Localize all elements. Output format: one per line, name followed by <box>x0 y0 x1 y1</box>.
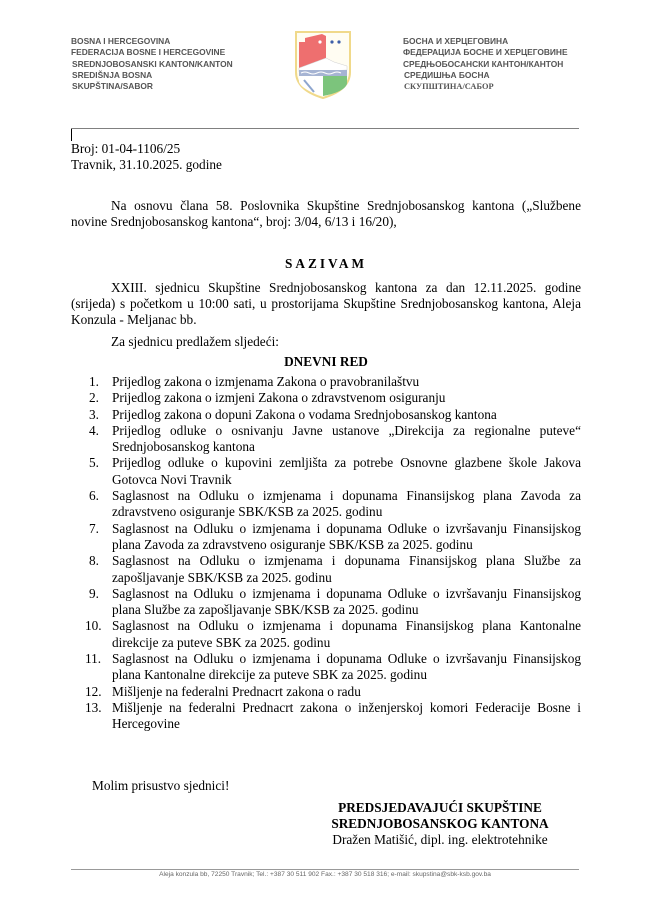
agenda-text: Saglasnost na Odluku o izmjenama i dopun… <box>112 521 581 552</box>
agenda-text: Prijedlog zakona o izmjenama Zakona o pr… <box>112 374 419 389</box>
agenda-item: 4.Prijedlog odluke o osnivanju Javne ust… <box>85 423 581 456</box>
closing-text: Molim prisustvo sjednici! <box>92 778 229 794</box>
document-number: Broj: 01-04-1106/25 <box>71 141 180 157</box>
agenda-item: 2.Prijedlog zakona o izmjeni Zakona o zd… <box>85 390 581 406</box>
agenda-item: 9.Saglasnost na Odluku o izmjenama i dop… <box>85 586 581 619</box>
agenda-text: Mišljenje na federalni Prednacrt zakona … <box>112 684 361 699</box>
agenda-number: 9. <box>89 586 99 602</box>
header-line: SREDIŠNJA BOSNA <box>71 70 233 81</box>
agenda-item: 6.Saglasnost na Odluku o izmjenama i dop… <box>85 488 581 521</box>
agenda-number: 2. <box>89 390 99 406</box>
proposal-paragraph: Za sjednicu predlažem sljedeći: <box>71 334 581 350</box>
agenda-item: 13.Mišljenje na federalni Prednacrt zako… <box>85 700 581 733</box>
agenda-item: 3.Prijedlog zakona o dopuni Zakona o vod… <box>85 407 581 423</box>
agenda-text: Prijedlog zakona o dopuni Zakona o vodam… <box>112 407 497 422</box>
agenda-number: 12. <box>85 684 102 700</box>
agenda-number: 5. <box>89 455 99 471</box>
agenda-text: Prijedlog odluke o osnivanju Javne ustan… <box>112 423 581 454</box>
agenda-item: 5.Prijedlog odluke o kupovini zemljišta … <box>85 455 581 488</box>
agenda-number: 3. <box>89 407 99 423</box>
header-line: FEDERACIJA BOSNE I HERCEGOVINE <box>71 47 233 58</box>
agenda-number: 6. <box>89 488 99 504</box>
agenda-title: DNEVNI RED <box>71 354 581 370</box>
legal-basis-paragraph: Na osnovu člana 58. Poslovnika Skupštine… <box>71 198 581 230</box>
coat-of-arms-icon <box>292 28 354 100</box>
agenda-item: 8.Saglasnost na Odluku o izmjenama i dop… <box>85 553 581 586</box>
header-line: СРЕДИШЊА БОСНА <box>403 70 568 81</box>
agenda-text: Mišljenje na federalni Prednacrt zakona … <box>112 700 581 731</box>
agenda-number: 7. <box>89 521 99 537</box>
agenda-item: 11.Saglasnost na Odluku o izmjenama i do… <box>85 651 581 684</box>
signature-block: PREDSJEDAVAJUĆI SKUPŠTINE SREDNJOBOSANSK… <box>305 800 575 849</box>
agenda-number: 4. <box>89 423 99 439</box>
text-cursor <box>71 129 72 141</box>
header-line: BOSNA I HERCEGOVINA <box>71 36 233 47</box>
header-left-latin: BOSNA I HERCEGOVINA FEDERACIJA BOSNE I H… <box>71 36 233 92</box>
agenda-item: 12.Mišljenje na federalni Prednacrt zako… <box>85 684 581 700</box>
document-date: Travnik, 31.10.2025. godine <box>71 157 222 173</box>
agenda-item: 10.Saglasnost na Odluku o izmjenama i do… <box>85 618 581 651</box>
header-line: СРЕДЊОБОСАНСКИ КАНТОН/КАНТОН <box>403 59 568 70</box>
header-divider <box>71 128 579 129</box>
agenda-number: 1. <box>89 374 99 390</box>
agenda-text: Saglasnost na Odluku o izmjenama i dopun… <box>112 651 581 682</box>
header-line: СКУПШТИНА/САБОР <box>403 81 568 92</box>
footer-contact: Aleja konzula bb, 72250 Travnik; Tel.: +… <box>71 871 579 878</box>
agenda-text: Saglasnost na Odluku o izmjenama i dopun… <box>112 618 581 649</box>
agenda-text: Saglasnost na Odluku o izmjenama i dopun… <box>112 586 581 617</box>
agenda-text: Prijedlog odluke o kupovini zemljišta za… <box>112 455 581 486</box>
agenda-text: Prijedlog zakona o izmjeni Zakona o zdra… <box>112 390 445 405</box>
agenda-number: 13. <box>85 700 102 716</box>
signature-name: Dražen Matišić, dipl. ing. elektrotehnik… <box>305 832 575 848</box>
footer-divider <box>71 869 579 870</box>
agenda-list: 1.Prijedlog zakona o izmjenama Zakona o … <box>85 374 581 733</box>
agenda-number: 11. <box>85 651 101 667</box>
agenda-text: Saglasnost na Odluku o izmjenama i dopun… <box>112 488 581 519</box>
signature-org: SREDNJOBOSANSKOG KANTONA <box>305 816 575 832</box>
document-title: SAZIVAM <box>71 256 581 272</box>
signature-title: PREDSJEDAVAJUĆI SKUPŠTINE <box>305 800 575 816</box>
header-right-cyrillic: БОСНА И ХЕРЦЕГОВИНА ФЕДЕРАЦИЈА БОСНЕ И Х… <box>403 36 568 92</box>
agenda-number: 10. <box>85 618 102 634</box>
agenda-item: 1.Prijedlog zakona o izmjenama Zakona o … <box>85 374 581 390</box>
header-line: БОСНА И ХЕРЦЕГОВИНА <box>403 36 568 47</box>
agenda-text: Saglasnost na Odluku o izmjenama i dopun… <box>112 553 581 584</box>
header-line: SKUPŠTINA/SABOR <box>71 81 233 92</box>
agenda-number: 8. <box>89 553 99 569</box>
header-line: ФЕДЕРАЦИЈА БОСНЕ И ХЕРЦЕГОВИНЕ <box>403 47 568 58</box>
session-paragraph: XXIII. sjednicu Skupštine Srednjobosansk… <box>71 280 581 329</box>
agenda-item: 7.Saglasnost na Odluku o izmjenama i dop… <box>85 521 581 554</box>
header-line: SREDNJOBOSANSKI KANTON/KANTON <box>71 59 233 70</box>
